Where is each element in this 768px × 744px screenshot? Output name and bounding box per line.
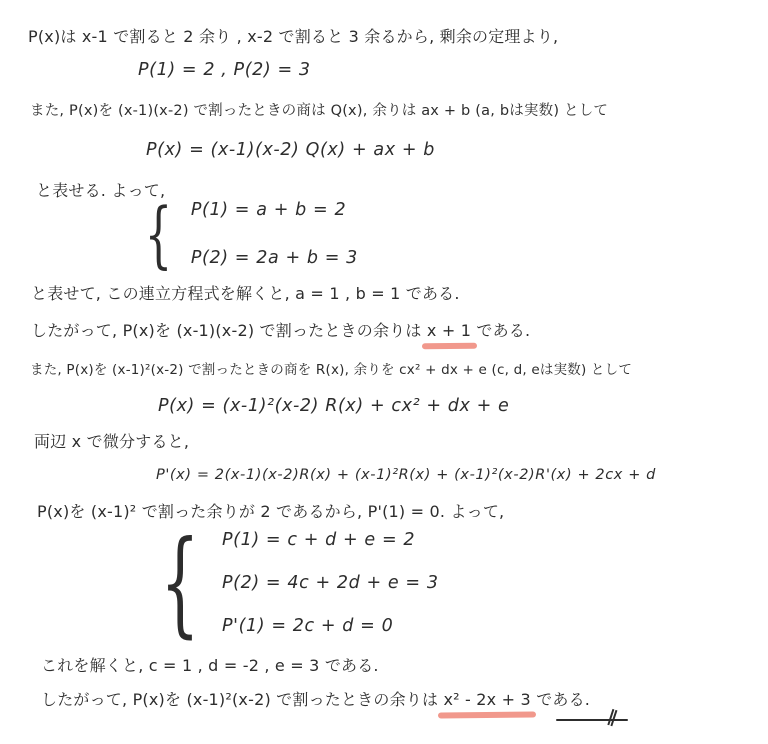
- equation-dp1-cde: P'(1) = 2c + d = 0: [222, 616, 439, 636]
- highlighted-answer-2: x² - 2x + 3: [443, 690, 530, 710]
- left-brace-icon: {: [145, 198, 173, 271]
- equation-p2-cde: P(2) = 4c + 2d + e = 3: [222, 573, 439, 593]
- quotient-remainder-setup-1: また, P(x)を (x-1)(x-2) で割ったときの商は Q(x), 余りは…: [30, 102, 608, 120]
- conclusion-2: したがって, P(x)を (x-1)²(x-2) で割ったときの余りは x² -…: [41, 690, 590, 710]
- division-identity-2: P(x) = (x-1)²(x-2) R(x) + cx² + dx + e: [158, 396, 509, 418]
- division-identity-1: P(x) = (x-1)(x-2) Q(x) + ax + b: [146, 140, 435, 162]
- simultaneous-equations-ab: { P(1) = a + b = 2 P(2) = 2a + b = 3: [140, 198, 358, 270]
- equation-p1-ab: P(1) = a + b = 2: [191, 200, 358, 220]
- conclusion-1-text: したがって, P(x)を (x-1)(x-2) で割ったときの余りは: [31, 321, 427, 340]
- simultaneous-equations-cde: { P(1) = c + d + e = 2 P(2) = 4c + 2d + …: [152, 528, 439, 638]
- remainder-theorem-intro: P(x)は x-1 で割ると 2 余り , x-2 で割ると 3 余るから, 剰…: [28, 27, 558, 47]
- conclusion-1: したがって, P(x)を (x-1)(x-2) で割ったときの余りは x + 1…: [31, 321, 530, 341]
- equation-p1-cde: P(1) = c + d + e = 2: [222, 530, 439, 550]
- left-brace-icon: {: [160, 526, 199, 640]
- end-line: [556, 719, 628, 721]
- solve-ab-result: と表せて, この連立方程式を解くと, a = 1 , b = 1 である.: [31, 284, 460, 304]
- derivative-equation: P'(x) = 2(x-1)(x-2)R(x) + (x-1)²R(x) + (…: [156, 466, 656, 484]
- conclusion-2-text: したがって, P(x)を (x-1)²(x-2) で割ったときの余りは: [41, 690, 443, 709]
- handwritten-solution-page: P(x)は x-1 で割ると 2 余り , x-2 で割ると 3 余るから, 剰…: [0, 0, 768, 744]
- solve-cde-result: これを解くと, c = 1 , d = -2 , e = 3 である.: [41, 656, 379, 676]
- highlighted-answer-1: x + 1: [427, 321, 471, 341]
- initial-values-equation: P(1) = 2 , P(2) = 3: [138, 60, 311, 82]
- quotient-remainder-setup-2: また, P(x)を (x-1)²(x-2) で割ったときの商を R(x), 余り…: [30, 362, 632, 379]
- conclusion-2-suffix: である.: [531, 690, 590, 709]
- differentiate-text: 両辺 x で微分すると,: [34, 432, 189, 452]
- derivative-condition-text: P(x)を (x-1)² で割った余りが 2 であるから, P'(1) = 0.…: [37, 502, 504, 522]
- end-of-solution-mark: ∥: [556, 708, 636, 730]
- conclusion-1-suffix: である.: [471, 321, 530, 340]
- double-slash-icon: ∥: [605, 706, 617, 727]
- equation-p2-ab: P(2) = 2a + b = 3: [191, 248, 358, 268]
